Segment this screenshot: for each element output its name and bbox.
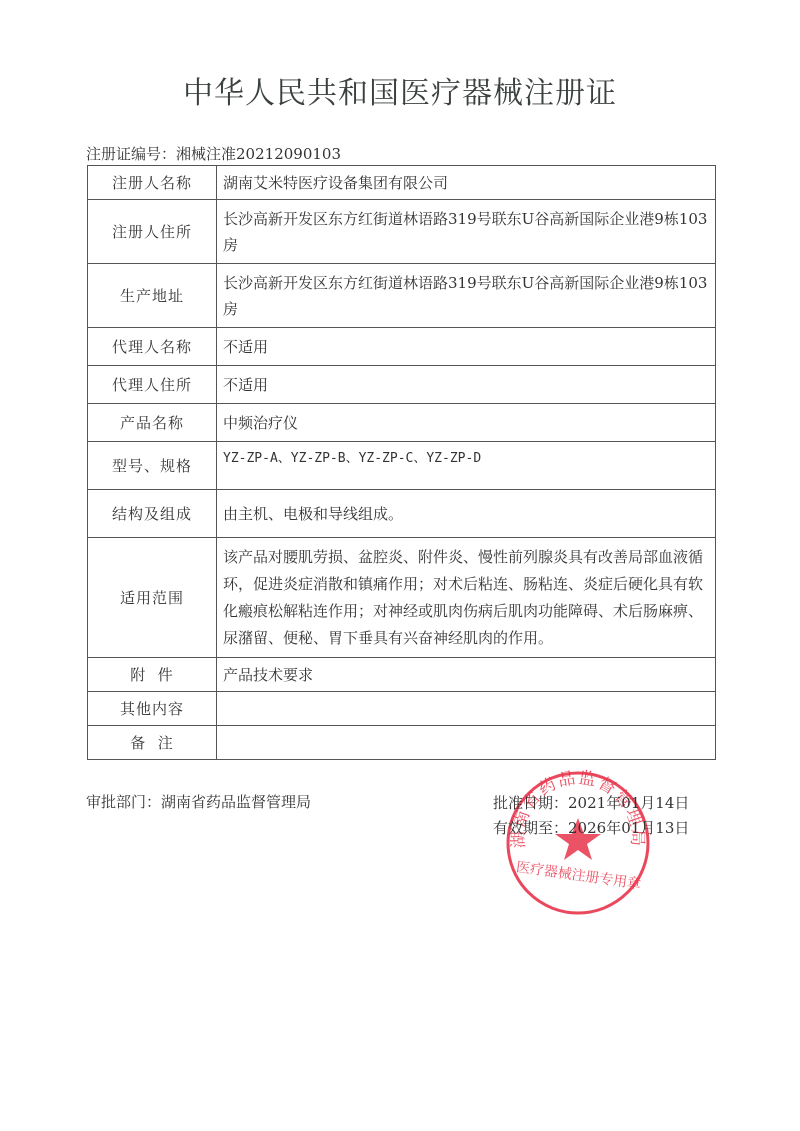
row-label: 代理人名称 (88, 328, 217, 366)
valid-until: 有效期至：2026年01月13日 (493, 816, 689, 841)
registration-number: 注册证编号：湘械注准20212090103 (86, 143, 341, 164)
row-value: YZ-ZP-A、YZ-ZP-B、YZ-ZP-C、YZ-ZP-D (217, 442, 716, 490)
row-value: 湖南艾米特医疗设备集团有限公司 (217, 166, 716, 200)
table-row: 注册人住所 长沙高新开发区东方红街道林语路319号联东U谷高新国际企业港9栋10… (88, 200, 716, 264)
table-row: 代理人名称 不适用 (88, 328, 716, 366)
row-label: 型号、规格 (88, 442, 217, 490)
table-row: 产品名称 中频治疗仪 (88, 404, 716, 442)
table-row: 其他内容 (88, 692, 716, 726)
row-value: 长沙高新开发区东方红街道林语路319号联东U谷高新国际企业港9栋103房 (217, 200, 716, 264)
row-value: 不适用 (217, 328, 716, 366)
table-row: 注册人名称 湖南艾米特医疗设备集团有限公司 (88, 166, 716, 200)
approval-department: 审批部门：湖南省药品监督管理局 (86, 791, 311, 812)
row-value: 该产品对腰肌劳损、盆腔炎、附件炎、慢性前列腺炎具有改善局部血液循环，促进炎症消散… (217, 538, 716, 658)
registration-number-label: 注册证编号： (86, 145, 176, 163)
row-value (217, 692, 716, 726)
row-label: 生产地址 (88, 264, 217, 328)
row-value: 不适用 (217, 366, 716, 404)
row-value: 产品技术要求 (217, 658, 716, 692)
table-row: 结构及组成 由主机、电极和导线组成。 (88, 490, 716, 538)
department-label: 审批部门： (86, 793, 161, 811)
row-label: 附 件 (88, 658, 217, 692)
svg-text:医疗器械注册专用章: 医疗器械注册专用章 (515, 858, 642, 892)
row-label: 结构及组成 (88, 490, 217, 538)
row-label: 其他内容 (88, 692, 217, 726)
document-title: 中华人民共和国医疗器械注册证 (0, 68, 800, 112)
department-value: 湖南省药品监督管理局 (161, 793, 311, 811)
table-row: 代理人住所 不适用 (88, 366, 716, 404)
approval-date-value: 2021年01月14日 (568, 794, 689, 812)
valid-until-label: 有效期至： (493, 819, 568, 837)
table-row: 适用范围 该产品对腰肌劳损、盆腔炎、附件炎、慢性前列腺炎具有改善局部血液循环，促… (88, 538, 716, 658)
table-row: 型号、规格 YZ-ZP-A、YZ-ZP-B、YZ-ZP-C、YZ-ZP-D (88, 442, 716, 490)
valid-until-value: 2026年01月13日 (568, 819, 689, 837)
row-label: 产品名称 (88, 404, 217, 442)
row-label: 注册人住所 (88, 200, 217, 264)
row-value: 中频治疗仪 (217, 404, 716, 442)
row-value: 长沙高新开发区东方红街道林语路319号联东U谷高新国际企业港9栋103房 (217, 264, 716, 328)
table-row: 附 件 产品技术要求 (88, 658, 716, 692)
row-label: 代理人住所 (88, 366, 217, 404)
approval-date-label: 批准日期： (493, 794, 568, 812)
approval-date: 批准日期：2021年01月14日 (493, 791, 689, 816)
date-block: 批准日期：2021年01月14日 有效期至：2026年01月13日 (493, 791, 689, 841)
certificate-table: 注册人名称 湖南艾米特医疗设备集团有限公司 注册人住所 长沙高新开发区东方红街道… (87, 165, 716, 760)
registration-number-value: 湘械注准20212090103 (176, 145, 341, 163)
row-label: 适用范围 (88, 538, 217, 658)
table-row: 生产地址 长沙高新开发区东方红街道林语路319号联东U谷高新国际企业港9栋103… (88, 264, 716, 328)
table-row: 备 注 (88, 726, 716, 760)
row-label: 备 注 (88, 726, 217, 760)
row-value (217, 726, 716, 760)
row-value: 由主机、电极和导线组成。 (217, 490, 716, 538)
row-label: 注册人名称 (88, 166, 217, 200)
